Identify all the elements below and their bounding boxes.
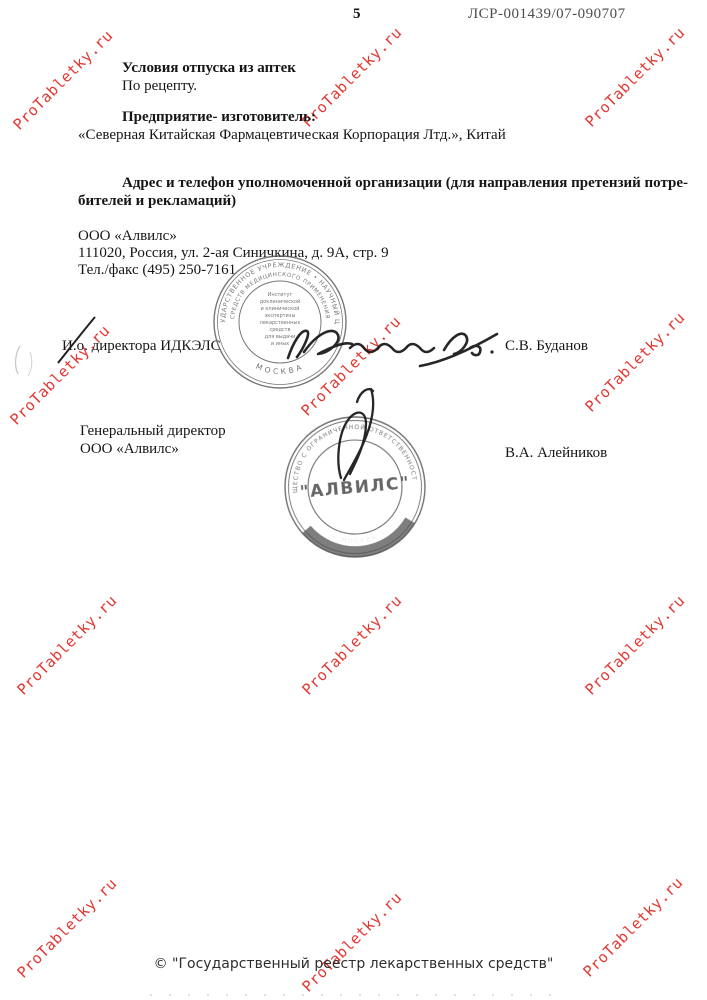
authorized-org-phone: Тел./факс (495) 250-7161 (78, 262, 236, 279)
watermark: ProTabletky.ru (9, 26, 116, 133)
stamp1-center-line: и клинической (261, 305, 300, 312)
aleynikov-signature (338, 389, 373, 480)
watermark: ProTabletky.ru (13, 591, 120, 698)
edge-mark-artifact (16, 346, 20, 374)
svg-text:• МОСКВА •: • МОСКВА • (331, 529, 389, 548)
dispensing-heading: Условия отпуска из аптек (122, 60, 296, 77)
signature2-title-line2: ООО «Алвилс» (80, 441, 179, 458)
authorized-org-heading-line1: Адрес и телефон уполномоченной организац… (122, 175, 688, 192)
stamp1-center-line: для выдачи (265, 334, 296, 340)
stamp1-bottom-text: МОСКВА (255, 362, 306, 377)
budanov-signature (288, 331, 497, 366)
svg-text:СРЕДСТВ МЕДИЦИНСКОГО ПРИМЕНЕНИ: СРЕДСТВ МЕДИЦИНСКОГО ПРИМЕНЕНИЯ (230, 272, 330, 319)
stamp1-center-line: Институт (268, 292, 293, 298)
registration-number: ЛСР-001439/07-090707 (468, 6, 626, 23)
stamp1-center-line: и иных (271, 341, 289, 347)
authorized-org-heading-line2: бителей и рекламаций) (78, 193, 236, 210)
authorized-org-address: 111020, Россия, ул. 2-ая Синичкина, д. 9… (78, 245, 389, 262)
stamp2-bottom-text: • МОСКВА • (331, 529, 389, 548)
stamp1-center-lines: Институт доклинической и клинической экс… (260, 292, 301, 347)
scanned-document-page: ProTabletky.ru ProTabletky.ru ProTabletk… (0, 0, 707, 1000)
stamp1-center-line: экспертизы (265, 313, 296, 319)
edge-mark-artifact (28, 352, 32, 376)
watermark: ProTabletky.ru (298, 591, 405, 698)
signature2-title-line1: Генеральный директор (80, 423, 226, 440)
watermark: ProTabletky.ru (581, 591, 688, 698)
dispensing-body: По рецепту. (122, 78, 197, 95)
watermark: ProTabletky.ru (297, 312, 404, 419)
stamp1-center-line: средств (269, 327, 290, 333)
stamp2-center-text: "АЛВИЛС" (299, 473, 411, 503)
signature2-name: В.А. Алейников (505, 445, 607, 462)
stamp2-dark-band (307, 520, 413, 556)
signature1-title: И.о. директора ИДКЭЛС (62, 338, 221, 355)
watermark: ProTabletky.ru (581, 308, 688, 415)
manufacturer-body: «Северная Китайская Фармацевтическая Кор… (78, 127, 506, 144)
stamp1-ring-text-inner: СРЕДСТВ МЕДИЦИНСКОГО ПРИМЕНЕНИЯ (230, 272, 330, 319)
page-number: 5 (353, 6, 361, 23)
alvils-round-stamp: ОБЩЕСТВО С ОГРАНИЧЕННОЙ ОТВЕТСТВЕННОСТЬЮ… (0, 0, 431, 588)
watermark: ProTabletky.ru (298, 888, 405, 995)
watermark: ProTabletky.ru (581, 23, 688, 130)
scan-artifacts (16, 317, 565, 995)
footer-copyright: © "Государственный реестр лекарственных … (0, 956, 707, 972)
stamp1-center-line: лекарственных (260, 320, 301, 326)
manufacturer-heading: Предприятие- изготовитель: (122, 109, 316, 126)
signature1-name: С.В. Буданов (505, 338, 588, 355)
svg-text:МОСКВА: МОСКВА (255, 362, 306, 377)
stamps-and-signatures-layer: ФЕДЕРАЛЬНОЕ ГОСУДАРСТВЕННОЕ УЧРЕЖДЕНИЕ •… (0, 0, 707, 1000)
authorized-org-company: ООО «Алвилс» (78, 228, 177, 245)
stamp1-center-line: доклинической (260, 298, 301, 305)
